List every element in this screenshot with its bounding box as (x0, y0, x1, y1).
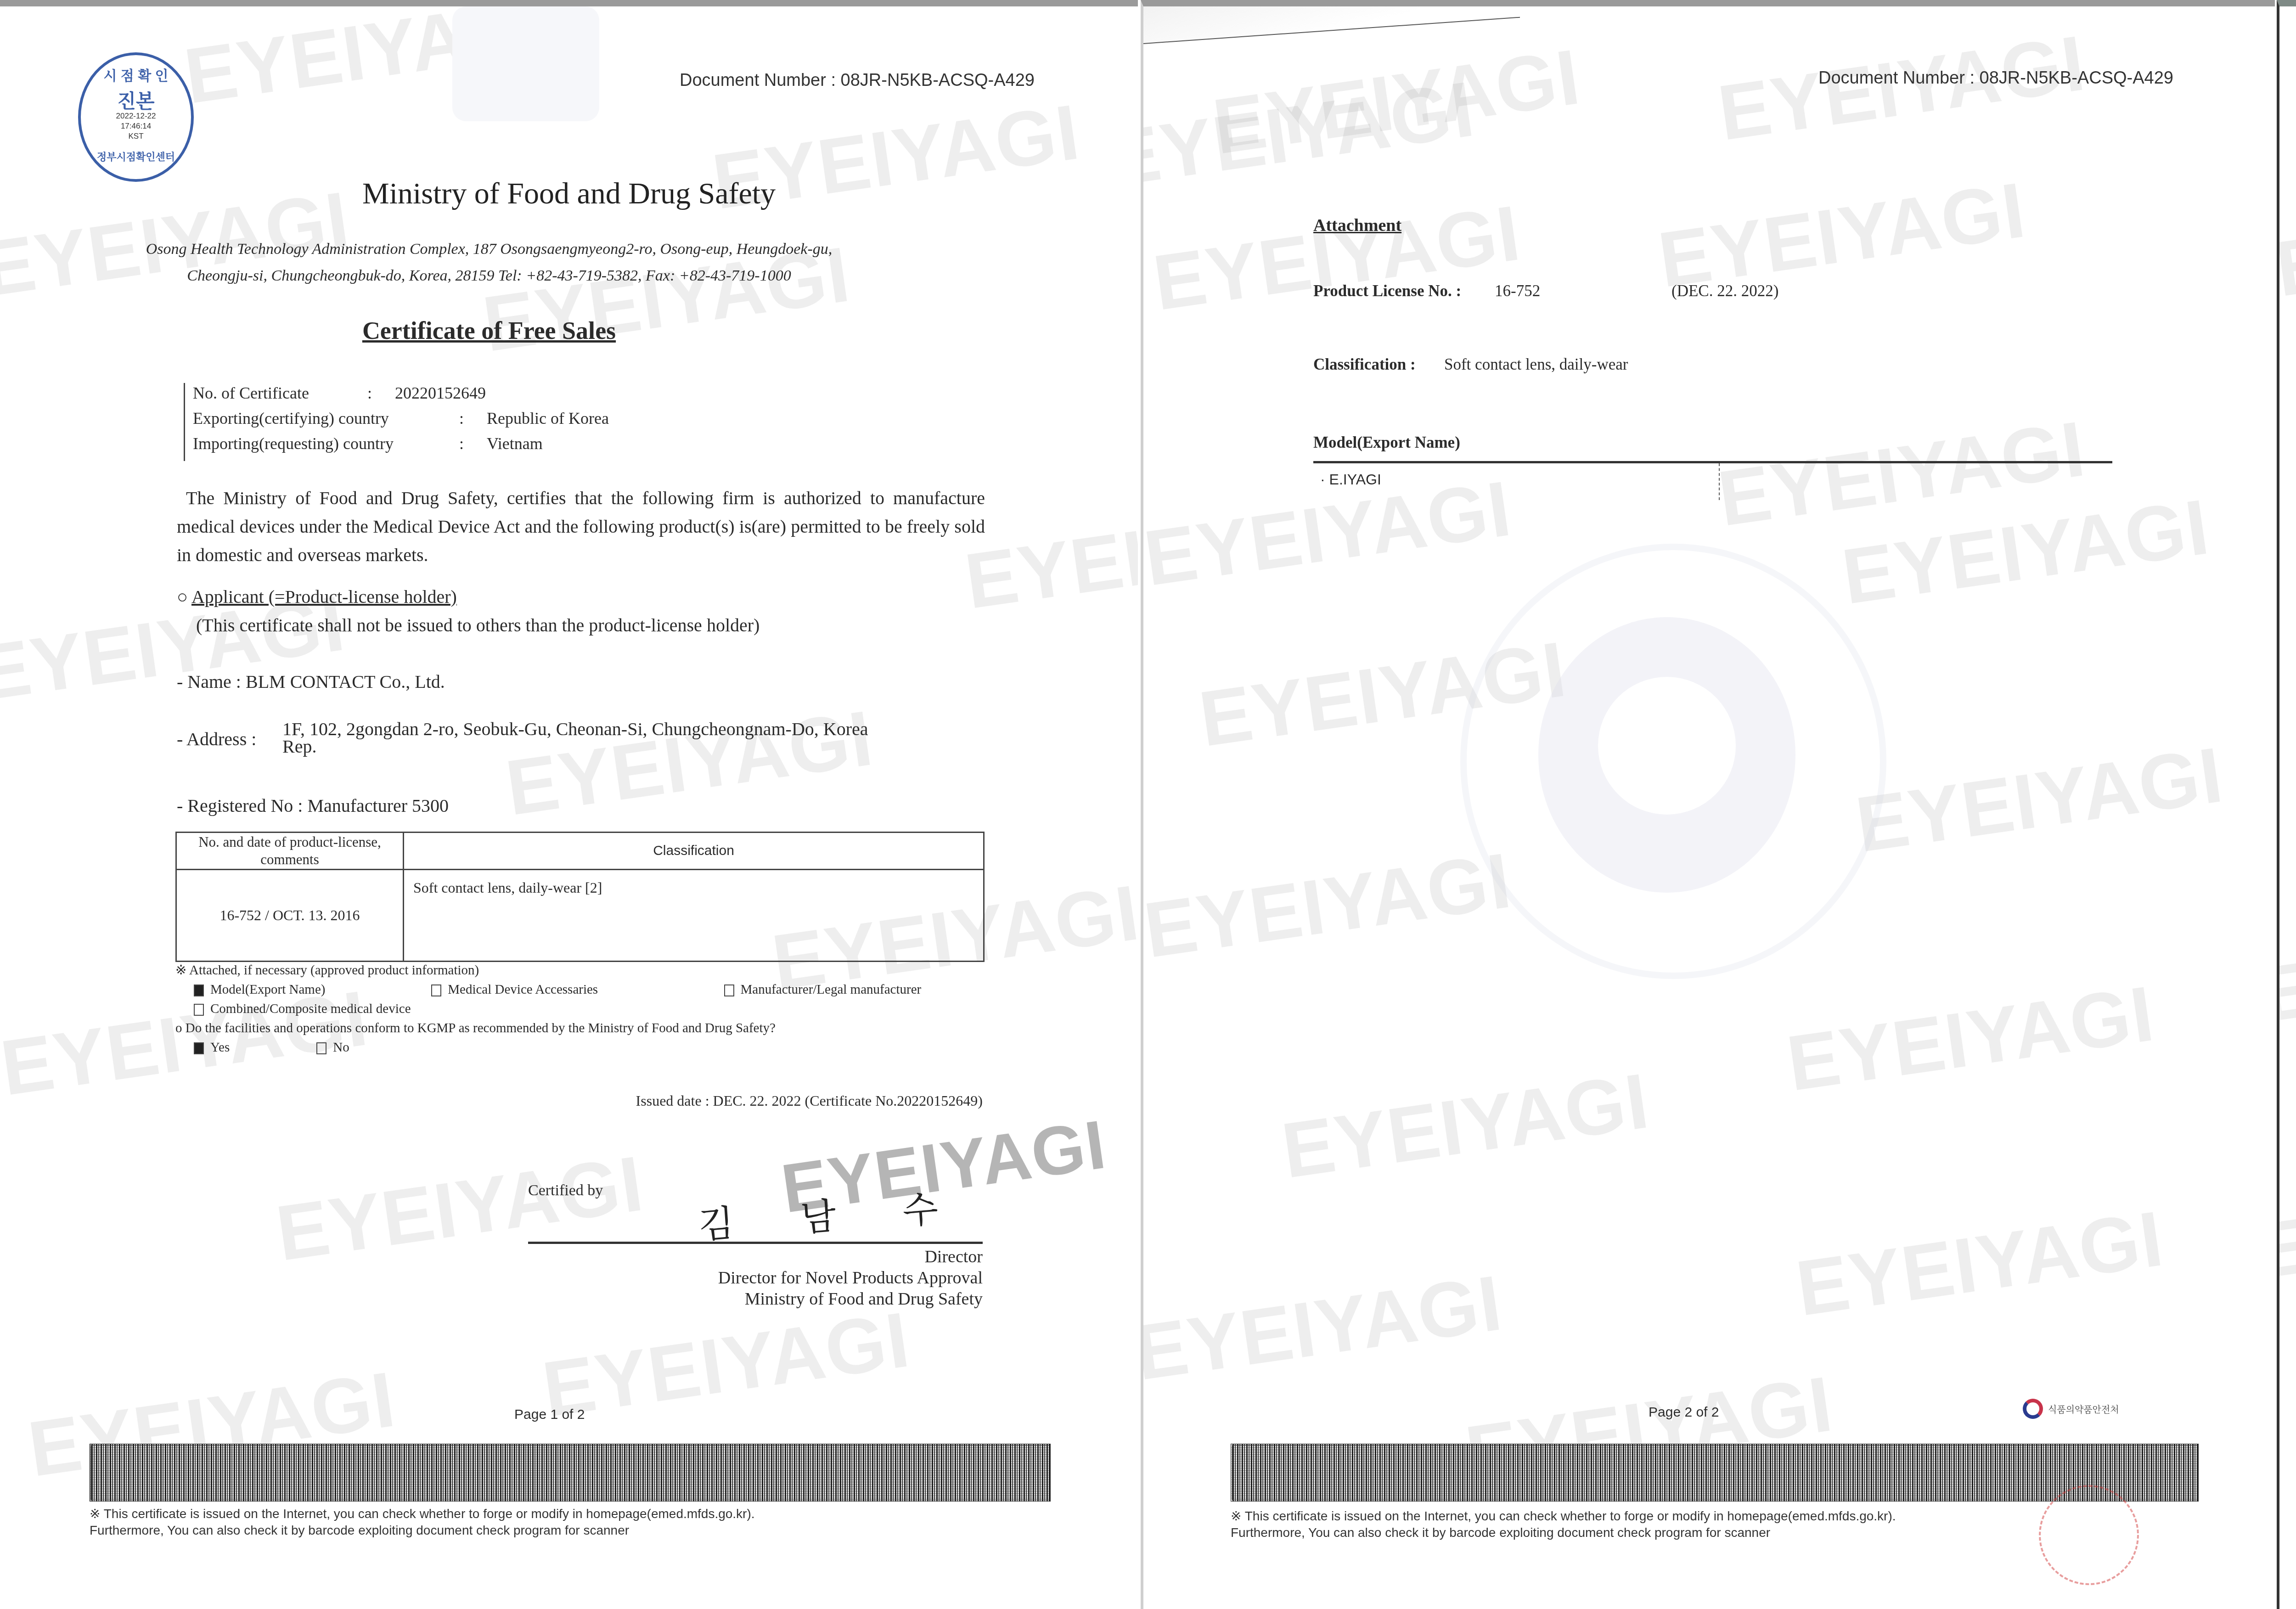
kgmp-question: o Do the facilities and operations confo… (175, 1018, 1002, 1038)
checkbox-checked[interactable] (194, 985, 204, 996)
watermark: EYEIYAGI (537, 1294, 915, 1435)
checkbox-manufacturer[interactable]: Manufacturer/Legal manufacturer (724, 982, 922, 997)
attachment-section: ※ Attached, if necessary (approved produ… (175, 961, 1002, 1057)
page-number: Page 1 of 2 (514, 1407, 585, 1423)
applicant-section: ○ Applicant (=Product-license holder) (T… (177, 583, 760, 640)
applicant-address-label: - Address : (177, 725, 256, 754)
checkbox-checked[interactable] (194, 1042, 204, 1054)
attachment-heading: Attachment (1313, 215, 1401, 236)
watermark: EYEIYAGI (1141, 1258, 1508, 1398)
checkbox-combined-device[interactable]: Combined/Composite medical device (175, 999, 1002, 1018)
footer-line-2: Furthermore, You can also check it by ba… (90, 1522, 755, 1539)
watermark: EYEIYAGI (1851, 730, 2228, 870)
footer-line-1: ※ This certificate is issued on the Inte… (90, 1506, 755, 1522)
classification-row: Classification :Soft contact lens, daily… (1313, 355, 1628, 374)
attached-note: ※ Attached, if necessary (approved produ… (175, 961, 1002, 980)
paper-fold (1143, 0, 1520, 44)
checkbox-medical-device-accessaries[interactable]: Medical Device Accessaries (431, 980, 720, 999)
director-signature: 김 남 수 (697, 1177, 967, 1249)
ministry-title: Ministry of Food and Drug Safety (0, 176, 1138, 211)
mfds-logo-icon (2023, 1399, 2043, 1419)
certified-by-label: Certified by (528, 1182, 603, 1199)
seal-center-text: 진본 (81, 86, 191, 114)
issued-date: Issued date : DEC. 22. 2022 (Certificate… (574, 1092, 983, 1109)
seal-tz: KST (81, 131, 191, 141)
address-line-1: Osong Health Technology Administration C… (0, 236, 978, 263)
watermark: EYEIYAGI (2277, 1157, 2296, 1297)
seal-datetime: 2022-12-22 17:46:14 KST (81, 111, 191, 141)
license-label: Product License No. : (1313, 282, 1495, 300)
address-line-2: Cheongju-si, Chungcheongbuk-do, Korea, 2… (0, 263, 978, 289)
checkbox-unchecked[interactable] (316, 1042, 326, 1054)
time-stamp-seal: 시 점 확 인 진본 2022-12-22 17:46:14 KST 정부시점확… (78, 52, 194, 182)
signer-title: Director (528, 1246, 983, 1267)
seal-top-text: 시 점 확 인 (81, 64, 191, 84)
checkbox-unchecked[interactable] (724, 985, 734, 996)
footer-line-2: Furthermore, You can also check it by ba… (1231, 1525, 1896, 1541)
classification-value: Soft contact lens, daily-wear (1444, 355, 1628, 373)
certificate-title: Certificate of Free Sales (0, 316, 978, 345)
watermark: EYEIYAGI (1141, 835, 1517, 976)
seal-bottom-text: 정부시점확인센터 (81, 149, 191, 163)
seal-date: 2022-12-22 (81, 111, 191, 121)
model-item: · E.IYAGI (1320, 471, 1381, 488)
faint-red-seal (2039, 1485, 2139, 1585)
info-row-exporting: Exporting(certifying) country:Republic o… (193, 406, 609, 431)
info-row-importing: Importing(requesting) country:Vietnam (193, 431, 609, 456)
model-heading: Model(Export Name) (1313, 433, 1460, 452)
verification-footer: ※ This certificate is issued on the Inte… (90, 1506, 755, 1539)
checkbox-kgmp-no[interactable]: No (316, 1040, 349, 1055)
registered-number: - Registered No : Manufacturer 5300 (177, 792, 449, 820)
info-bracket (184, 383, 185, 461)
document-number: Document Number : 08JR-N5KB-ACSQ-A429 (1818, 68, 2173, 88)
license-value: 16-752 (1495, 282, 1671, 300)
certificate-info: No. of Certificate:20220152649 Exporting… (193, 381, 609, 456)
table-header-classification: Classification (404, 833, 984, 870)
applicant-address: 1F, 102, 2gongdan 2-ro, Seobuk-Gu, Cheon… (282, 720, 868, 755)
mfds-logo-text: 식품의약품안전처 (2048, 1402, 2119, 1416)
signer-block: Director Director for Novel Products App… (528, 1246, 983, 1310)
address-value-line-1: 1F, 102, 2gongdan 2-ro, Seobuk-Gu, Cheon… (282, 720, 868, 738)
signer-department: Director for Novel Products Approval (528, 1267, 983, 1288)
address-value-line-2: Rep. (282, 738, 868, 755)
page-number: Page 2 of 2 (1649, 1405, 1719, 1420)
footer-line-1: ※ This certificate is issued on the Inte… (1231, 1508, 1896, 1525)
watermark: EYEIYAGI (1277, 1056, 1654, 1196)
watermark: EYEIYAGI (1782, 968, 2160, 1109)
checkbox-unchecked[interactable] (194, 1004, 204, 1016)
checkbox-unchecked[interactable] (431, 985, 441, 996)
watermark: EYEIYAGI (2277, 174, 2296, 315)
document-barcode (1231, 1444, 2199, 1502)
model-table-rule (1313, 461, 2112, 463)
signer-ministry: Ministry of Food and Drug Safety (528, 1288, 983, 1310)
watermark: EYEIYAGI (1148, 188, 1526, 328)
faint-emblem-center (1598, 677, 1736, 815)
verification-footer: ※ This certificate is issued on the Inte… (1231, 1508, 1896, 1541)
watermark: EYEIYAGI (1141, 64, 1480, 204)
license-date: (DEC. 22. 2022) (1671, 282, 1778, 300)
document-number: Document Number : 08JR-N5KB-ACSQ-A429 (680, 71, 1035, 90)
watermark: EYEIYAGI (1713, 404, 2091, 544)
watermark: EYEIYAGI (2277, 900, 2296, 1040)
applicant-heading: Applicant (=Product-license holder) (191, 586, 457, 607)
signature-line (528, 1242, 983, 1244)
info-row-certificate-no: No. of Certificate:20220152649 (193, 381, 609, 406)
ministry-address: Osong Health Technology Administration C… (0, 236, 978, 289)
checkbox-kgmp-yes[interactable]: Yes (194, 1038, 313, 1057)
table-row: 16-752 / OCT. 13. 2016 Soft contact lens… (176, 870, 984, 962)
government-emblem-watermark (452, 6, 599, 121)
certification-statement: The Ministry of Food and Drug Safety, ce… (177, 484, 985, 569)
watermark: EYEIYAGI (1208, 32, 1586, 172)
table-header-license: No. and date of product-license, comment… (176, 833, 404, 870)
license-cell: 16-752 / OCT. 13. 2016 (176, 870, 404, 962)
product-license-table: No. and date of product-license, comment… (175, 832, 985, 962)
authentication-page: EYEIYAGI EYEIYAGI EYEIYAGI EYEIYAGI EYEI… (2277, 0, 2296, 1609)
watermark: EYEIYAGI (501, 693, 878, 833)
document-barcode (90, 1444, 1051, 1502)
certificate-page-1: EYEIYAGI EYEIYAGI EYEIYAGI EYEIYAGI EYEI… (0, 0, 1138, 1609)
model-table-divider (1719, 463, 1720, 500)
watermark: EYEIYAGI (960, 486, 1138, 627)
watermark: EYEIYAGI (1837, 482, 2215, 622)
seal-time: 17:46:14 (81, 121, 191, 131)
watermark: EYEIYAGI (1791, 1193, 2169, 1334)
certificate-page-2: EYEIYAGI EYEIYAGI EYEIYAGI EYEIYAGI EYEI… (1141, 0, 2275, 1609)
checkbox-model-export-name[interactable]: Model(Export Name) (194, 980, 428, 999)
applicant-note: (This certificate shall not be issued to… (177, 611, 760, 640)
classification-label: Classification : (1313, 355, 1444, 374)
applicant-name: - Name : BLM CONTACT Co., Ltd. (177, 668, 445, 696)
product-license-row: Product License No. :16-752(DEC. 22. 202… (1313, 282, 1778, 300)
classification-cell: Soft contact lens, daily-wear [2] (404, 870, 984, 962)
